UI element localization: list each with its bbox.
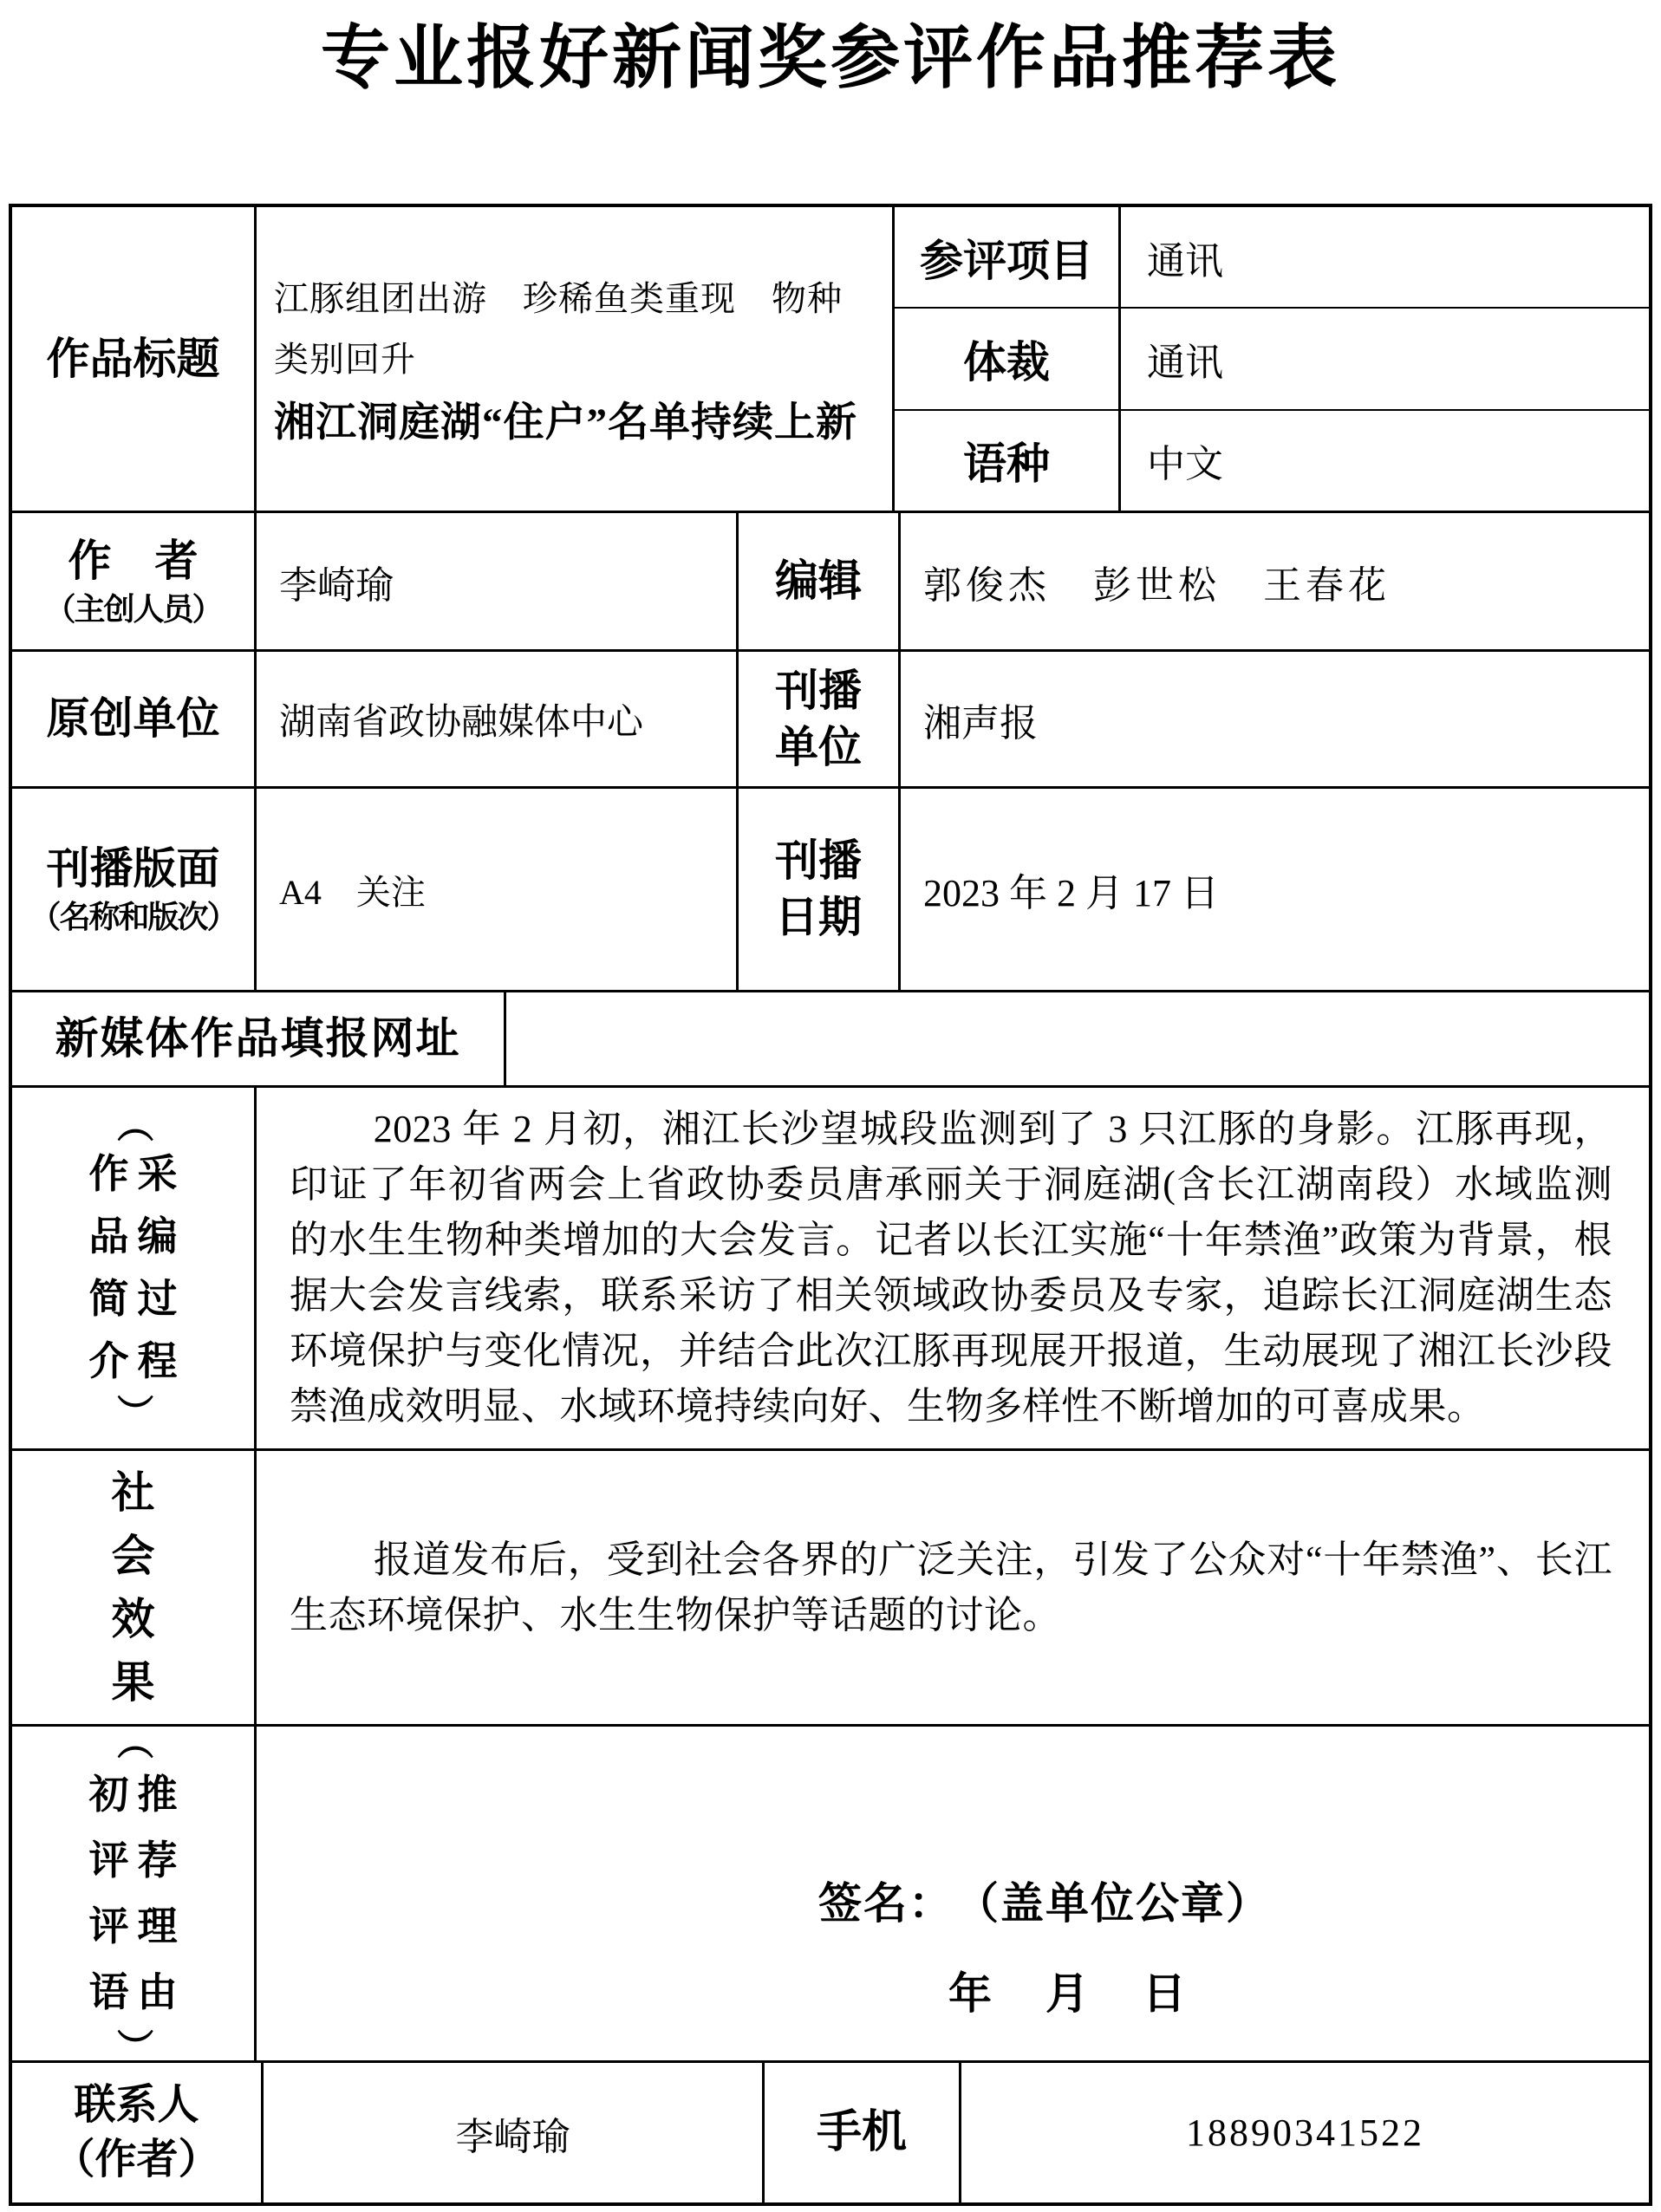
initial-review-label-row1: 初推	[81, 1764, 186, 1826]
new-media-url-label: 新媒体作品填报网址	[12, 992, 506, 1085]
language-row: 语种 中文	[895, 411, 1649, 511]
row-publish-page: 刊播版面 （名称和版次） A4 关注 刊播 日期 2023 年 2 月 17 日	[12, 789, 1649, 992]
work-intro-label-row1: 作采	[81, 1143, 186, 1206]
initial-review-paren-close: ）	[114, 2027, 152, 2064]
publish-page-label: 刊播版面 （名称和版次）	[12, 789, 257, 990]
work-intro-content-cell: 2023 年 2 月初，湘江长沙望城段监测到了 3 只江豚的身影。江豚再现，印证…	[257, 1088, 1649, 1448]
work-intro-label-row2: 品编	[81, 1206, 186, 1268]
editor-value: 郭俊杰 彭世松 王春花	[901, 513, 1649, 649]
original-unit-value: 湖南省政协融媒体中心	[257, 652, 739, 786]
page-title: 专业报好新闻奖参评作品推荐表	[0, 2, 1661, 101]
entry-item-value: 通讯	[1121, 207, 1649, 307]
new-media-url-value	[506, 992, 1649, 1085]
genre-label: 体裁	[895, 309, 1121, 408]
author-label-main: 作 者	[68, 533, 199, 589]
work-intro-label-row3: 简过	[81, 1268, 186, 1330]
publish-date-value: 2023 年 2 月 17 日	[901, 789, 1649, 990]
row-new-media-url: 新媒体作品填报网址	[12, 992, 1649, 1088]
work-intro-paren-close: ）	[114, 1394, 152, 1430]
original-unit-label: 原创单位	[12, 652, 257, 786]
date-line: 年 月 日	[257, 1959, 1649, 2021]
publish-page-label-sub: （名称和版次）	[29, 897, 236, 938]
row-original-unit: 原创单位 湖南省政协融媒体中心 刊播 单位 湘声报	[12, 652, 1649, 789]
social-effect-char2: 会	[112, 1534, 155, 1578]
initial-review-label: （ 初推 评荐 评理 语由 ）	[12, 1727, 257, 2060]
contact-name: 李崎瑜	[264, 2063, 765, 2202]
publish-unit-label: 刊播 单位	[739, 652, 901, 786]
contact-label: 联系人 （作者）	[12, 2063, 264, 2202]
publish-date-label-line1: 刊播	[775, 833, 862, 889]
publish-unit-label-line2: 单位	[775, 719, 862, 776]
row-contact: 联系人 （作者） 李崎瑜 手机 18890341522	[12, 2063, 1649, 2202]
work-intro-paren-open: （	[114, 1106, 152, 1142]
row-social-effect: 社 会 效 果 报道发布后，受到社会各界的广泛关注，引发了公众对“十年禁渔”、长…	[12, 1451, 1649, 1727]
publish-page-label-main: 刊播版面	[47, 841, 220, 897]
author-value: 李崎瑜	[257, 513, 739, 649]
social-effect-content-cell: 报道发布后，受到社会各界的广泛关注，引发了公众对“十年禁渔”、长江生态环境保护、…	[257, 1451, 1649, 1724]
initial-review-label-row4: 语由	[81, 1962, 186, 2024]
document-page: 专业报好新闻奖参评作品推荐表 作品标题 江豚组团出游 珍稀鱼类重现 物种类别回升…	[0, 0, 1661, 2212]
initial-review-content-cell: 签名： （盖单位公章） 年 月 日	[257, 1727, 1649, 2060]
social-effect-char4: 果	[112, 1661, 155, 1704]
row-work-intro: （ 作采 品编 简过 介程 ） 2023 年 2 月初，湘江长沙望城段监测到了 …	[12, 1088, 1649, 1451]
work-intro-content: 2023 年 2 月初，湘江长沙望城段监测到了 3 只江豚的身影。江豚再现，印证…	[290, 1102, 1612, 1435]
phone-value: 18890341522	[961, 2063, 1649, 2202]
initial-review-label-row3: 评理	[81, 1896, 186, 1958]
work-title-subtitle: 江豚组团出游 珍稀鱼类重现 物种类别回升	[274, 269, 875, 390]
entry-item-label: 参评项目	[895, 207, 1121, 307]
work-title-headline: 湘江洞庭湖“住户”名单持续上新	[274, 397, 875, 449]
language-value: 中文	[1121, 411, 1649, 511]
work-intro-label-row4: 介程	[81, 1330, 186, 1393]
publish-unit-value: 湘声报	[901, 652, 1649, 786]
phone-label: 手机	[765, 2063, 961, 2202]
entry-meta-group: 参评项目 通讯 体裁 通讯 语种 中文	[895, 207, 1649, 511]
work-title-value: 江豚组团出游 珍稀鱼类重现 物种类别回升 湘江洞庭湖“住户”名单持续上新	[257, 207, 895, 511]
social-effect-char3: 效	[112, 1597, 155, 1641]
contact-label-line1: 联系人	[74, 2079, 199, 2132]
work-title-label: 作品标题	[12, 207, 257, 511]
publish-date-label-line2: 日期	[775, 889, 862, 946]
contact-label-line2: （作者）	[53, 2133, 219, 2187]
language-label: 语种	[895, 411, 1121, 511]
signature-line: 签名： （盖单位公章）	[257, 1869, 1649, 1931]
entry-item-row: 参评项目 通讯	[895, 207, 1649, 309]
editor-label: 编辑	[739, 513, 901, 649]
social-effect-content: 报道发布后，受到社会各界的广泛关注，引发了公众对“十年禁渔”、长江生态环境保护、…	[290, 1532, 1612, 1643]
genre-row: 体裁 通讯	[895, 309, 1649, 410]
publish-unit-label-line1: 刊播	[775, 663, 862, 719]
author-label: 作 者 （主创人员）	[12, 513, 257, 649]
publish-page-value: A4 关注	[257, 789, 739, 990]
row-initial-review: （ 初推 评荐 评理 语由 ） 签名： （盖单位公章） 年 月 日	[12, 1727, 1649, 2063]
work-intro-label: （ 作采 品编 简过 介程 ）	[12, 1088, 257, 1448]
initial-review-paren-open: （	[114, 1722, 152, 1759]
social-effect-char1: 社	[112, 1471, 155, 1514]
row-author: 作 者 （主创人员） 李崎瑜 编辑 郭俊杰 彭世松 王春花	[12, 513, 1649, 652]
author-label-sub: （主创人员）	[44, 589, 221, 630]
recommendation-form-table: 作品标题 江豚组团出游 珍稀鱼类重现 物种类别回升 湘江洞庭湖“住户”名单持续上…	[9, 204, 1652, 2206]
publish-date-label: 刊播 日期	[739, 789, 901, 990]
social-effect-label: 社 会 效 果	[12, 1451, 257, 1724]
initial-review-label-row2: 评荐	[81, 1830, 186, 1892]
row-work-title: 作品标题 江豚组团出游 珍稀鱼类重现 物种类别回升 湘江洞庭湖“住户”名单持续上…	[12, 207, 1649, 513]
genre-value: 通讯	[1121, 309, 1649, 408]
